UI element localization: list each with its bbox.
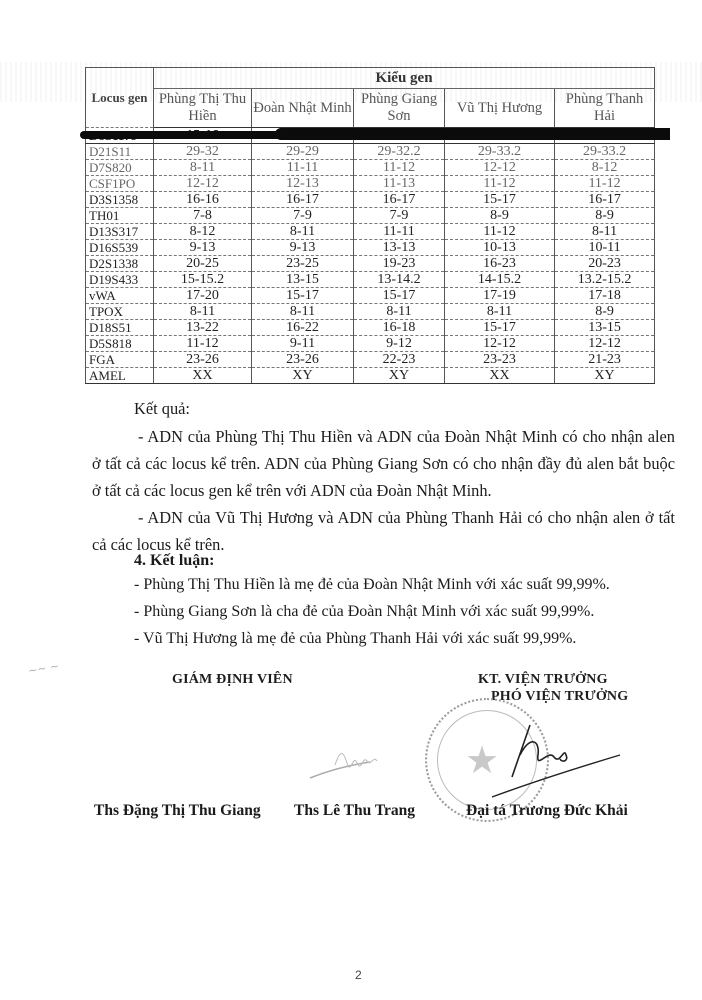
- genotype-cell: 23-25: [252, 256, 354, 272]
- genotype-cell: 8-11: [252, 224, 354, 240]
- genotype-cell: 8-11: [354, 304, 445, 320]
- locus-cell: D7S820: [86, 160, 154, 176]
- genotype-cell: 11-12: [555, 176, 655, 192]
- genotype-table: Locus gen Kiểu gen Phùng Thị Thu HiềnĐoà…: [85, 67, 655, 384]
- locus-cell: D21S11: [86, 144, 154, 160]
- genotype-cell: 13-22: [154, 320, 252, 336]
- genotype-cell: XY: [252, 368, 354, 384]
- locus-cell: TH01: [86, 208, 154, 224]
- column-header-person: Phùng Thanh Hải: [555, 89, 655, 128]
- genotype-cell: 12-12: [154, 176, 252, 192]
- signature-trang: [300, 740, 420, 790]
- genotype-cell: 15-15.2: [154, 272, 252, 288]
- column-header-person: Phùng Thị Thu Hiền: [154, 89, 252, 128]
- genotype-cell: 15-17: [252, 288, 354, 304]
- locus-cell: D18S51: [86, 320, 154, 336]
- locus-cell: D5S818: [86, 336, 154, 352]
- genotype-cell: 29-29: [252, 144, 354, 160]
- conclusion-item: - Vũ Thị Hương là mẹ đẻ của Phùng Thanh …: [134, 625, 576, 652]
- locus-cell: D3S1358: [86, 192, 154, 208]
- genotype-cell: 9-12: [354, 336, 445, 352]
- table-row: D19S43315-15.213-1513-14.214-15.213.2-15…: [86, 272, 655, 288]
- genotype-cell: 21-23: [555, 352, 655, 368]
- genotype-cell: 17-19: [445, 288, 555, 304]
- genotype-cell: 13-13: [354, 240, 445, 256]
- genotype-cell: XY: [555, 368, 655, 384]
- genotype-cell: 11-12: [154, 336, 252, 352]
- genotype-cell: 8-11: [555, 224, 655, 240]
- table-row: D5S81811-129-119-1212-1212-12: [86, 336, 655, 352]
- column-header-person: Phùng Giang Sơn: [354, 89, 445, 128]
- genotype-cell: 8-9: [445, 208, 555, 224]
- genotype-cell: 12-12: [445, 336, 555, 352]
- genotype-cell: 8-9: [555, 208, 655, 224]
- genotype-cell: 7-8: [154, 208, 252, 224]
- table-row: D16S5399-139-1313-1310-1310-11: [86, 240, 655, 256]
- genotype-cell: 8-11: [252, 304, 354, 320]
- genotype-cell: 23-26: [252, 352, 354, 368]
- signature-khai: [490, 715, 640, 805]
- genotype-cell: 10-11: [555, 240, 655, 256]
- genotype-cell: 8-12: [555, 160, 655, 176]
- genotype-cell: 17-20: [154, 288, 252, 304]
- genotype-cell: 16-17: [252, 192, 354, 208]
- locus-cell: D19S433: [86, 272, 154, 288]
- locus-header: Locus gen: [86, 68, 154, 128]
- genotype-cell: 23-23: [445, 352, 555, 368]
- examiner-title: GIÁM ĐỊNH VIÊN: [172, 672, 293, 688]
- genotype-cell: 20-25: [154, 256, 252, 272]
- genotype-cell: 29-33.2: [555, 144, 655, 160]
- genotype-cell: 7-9: [252, 208, 354, 224]
- genotype-cell: 16-23: [445, 256, 555, 272]
- genotype-cell: 23-26: [154, 352, 252, 368]
- genotype-cell: 9-13: [252, 240, 354, 256]
- locus-cell: D2S1338: [86, 256, 154, 272]
- genotype-cell: 9-13: [154, 240, 252, 256]
- genotype-cell: 29-33.2: [445, 144, 555, 160]
- table-row: TPOX8-118-118-118-118-9: [86, 304, 655, 320]
- table-row: D7S8208-1111-1111-1212-128-12: [86, 160, 655, 176]
- director-title: KT. VIỆN TRƯỞNG: [478, 672, 608, 688]
- table-row: FGA23-2623-2622-2323-2321-23: [86, 352, 655, 368]
- genotype-cell: 13-14.2: [354, 272, 445, 288]
- examiner-name-2: Ths Lê Thu Trang: [294, 802, 415, 820]
- genotype-cell: 11-11: [354, 224, 445, 240]
- locus-cell: D16S539: [86, 240, 154, 256]
- table-row: vWA17-2015-1715-1717-1917-18: [86, 288, 655, 304]
- genotype-cell: 15-17: [354, 288, 445, 304]
- genotype-cell: 17-18: [555, 288, 655, 304]
- genotype-cell: 12-12: [555, 336, 655, 352]
- table-row: D2S133820-2523-2519-2316-2320-23: [86, 256, 655, 272]
- table-row: TH017-87-97-98-98-9: [86, 208, 655, 224]
- genotype-cell: 9-11: [252, 336, 354, 352]
- genotype-cell: 13.2-15.2: [555, 272, 655, 288]
- genotype-cell: 11-12: [445, 176, 555, 192]
- column-header-person: Vũ Thị Hương: [445, 89, 555, 128]
- genotype-cell: 19-23: [354, 256, 445, 272]
- page-number: 2: [355, 968, 362, 982]
- table-row: CSF1PO12-1212-1311-1311-1211-12: [86, 176, 655, 192]
- table-row: D18S5113-2216-2216-1815-1713-15: [86, 320, 655, 336]
- locus-cell: FGA: [86, 352, 154, 368]
- genotype-cell: 11-12: [445, 224, 555, 240]
- redaction-bar: [275, 128, 670, 140]
- conclusion-heading: 4. Kết luận:: [134, 552, 214, 570]
- genotype-cell: 29-32: [154, 144, 252, 160]
- table-row: D13S3178-128-1111-1111-128-11: [86, 224, 655, 240]
- table-row: AMELXXXYXYXXXY: [86, 368, 655, 384]
- conclusion-item: - Phùng Thị Thu Hiền là mẹ đẻ của Đoàn N…: [134, 571, 610, 598]
- genotype-cell: 8-12: [154, 224, 252, 240]
- genotype-cell: 16-17: [555, 192, 655, 208]
- handwritten-note: ~~ ~: [27, 659, 60, 677]
- locus-cell: vWA: [86, 288, 154, 304]
- genotype-cell: 8-9: [555, 304, 655, 320]
- genotype-cell: 16-22: [252, 320, 354, 336]
- table-row: D21S1129-3229-2929-32.229-33.229-33.2: [86, 144, 655, 160]
- results-label: Kết quả:: [134, 395, 190, 422]
- examiner-name-1: Ths Đặng Thị Thu Giang: [94, 802, 261, 820]
- genotype-cell: 16-18: [354, 320, 445, 336]
- deputy-director-name: Đại tá Trương Đức Khải: [466, 802, 628, 820]
- genotype-cell: 12-12: [445, 160, 555, 176]
- genotype-group-header: Kiểu gen: [154, 68, 655, 89]
- genotype-cell: 15-17: [445, 320, 555, 336]
- genotype-cell: 13-15: [555, 320, 655, 336]
- genotype-cell: 8-11: [154, 304, 252, 320]
- genotype-cell: 20-23: [555, 256, 655, 272]
- locus-cell: AMEL: [86, 368, 154, 384]
- results-paragraph-1: - ADN của Phùng Thị Thu Hiền và ADN của …: [92, 423, 675, 504]
- genotype-cell: 12-13: [252, 176, 354, 192]
- locus-cell: D13S317: [86, 224, 154, 240]
- table-row: D3S135816-1616-1716-1715-1716-17: [86, 192, 655, 208]
- genotype-cell: 14-15.2: [445, 272, 555, 288]
- genotype-cell: 16-16: [154, 192, 252, 208]
- column-header-person: Đoàn Nhật Minh: [252, 89, 354, 128]
- genotype-cell: 13-15: [252, 272, 354, 288]
- genotype-cell: XY: [354, 368, 445, 384]
- genotype-cell: XX: [154, 368, 252, 384]
- genotype-cell: XX: [445, 368, 555, 384]
- genotype-cell: 11-13: [354, 176, 445, 192]
- results-paragraph-2: - ADN của Vũ Thị Hương và ADN của Phùng …: [92, 504, 675, 558]
- locus-cell: CSF1PO: [86, 176, 154, 192]
- genotype-cell: 15-17: [445, 192, 555, 208]
- genotype-cell: 29-32.2: [354, 144, 445, 160]
- conclusion-item: - Phùng Giang Sơn là cha đẻ của Đoàn Nhậ…: [134, 598, 594, 625]
- genotype-cell: 11-12: [354, 160, 445, 176]
- locus-cell: TPOX: [86, 304, 154, 320]
- genotype-cell: 10-13: [445, 240, 555, 256]
- genotype-cell: 16-17: [354, 192, 445, 208]
- genotype-cell: 7-9: [354, 208, 445, 224]
- genotype-cell: 11-11: [252, 160, 354, 176]
- genotype-cell: 8-11: [154, 160, 252, 176]
- genotype-cell: 8-11: [445, 304, 555, 320]
- genotype-cell: 22-23: [354, 352, 445, 368]
